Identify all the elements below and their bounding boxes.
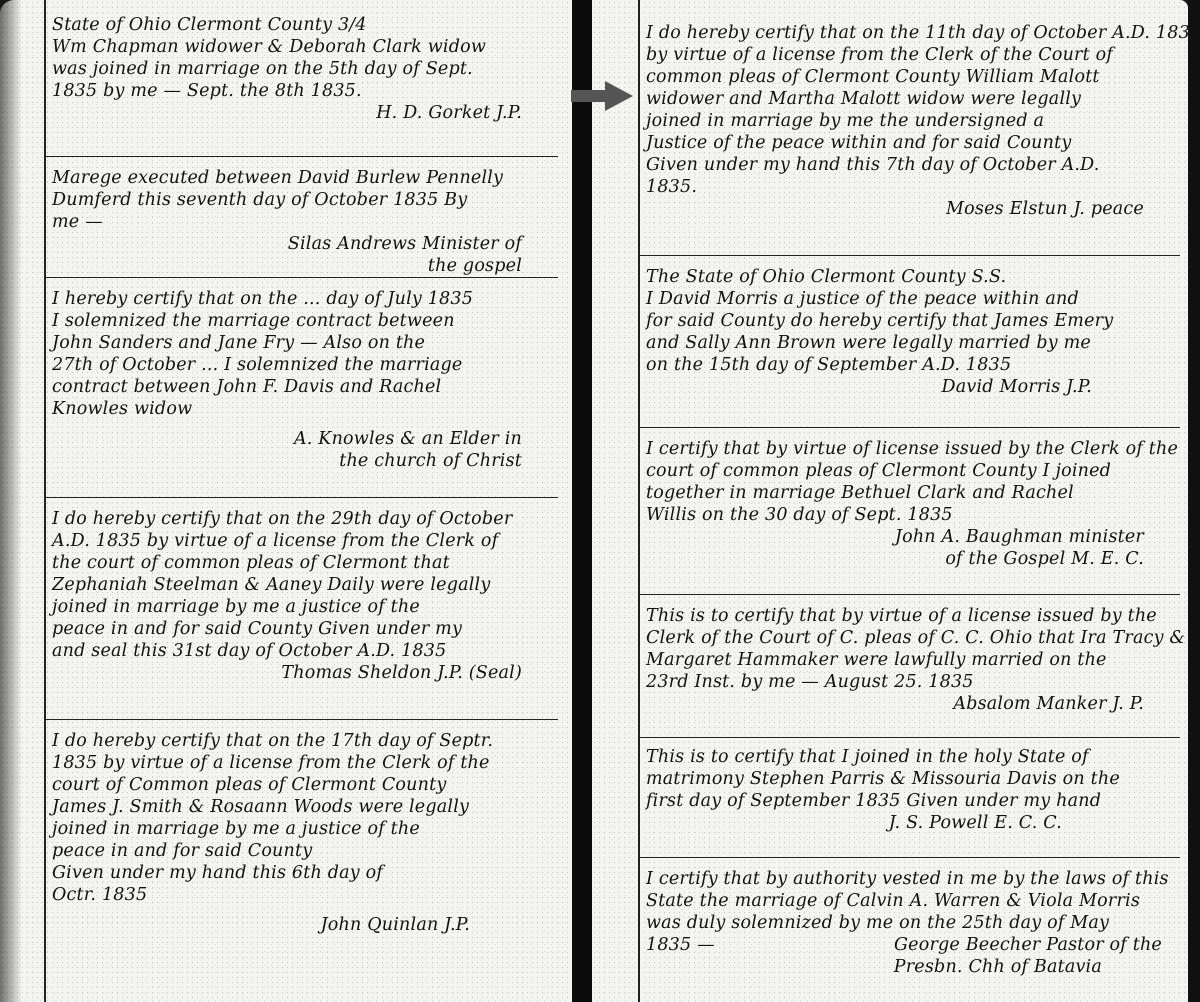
register-entry: State of Ohio Clermont County 3/4 Wm Cha… (44, 0, 558, 157)
entry-line: Justice of the peace within and for said… (646, 132, 1172, 154)
entry-line: I do hereby certify that on the 11th day… (646, 22, 1172, 44)
entry-line: contract between John F. Davis and Rache… (52, 376, 550, 398)
entry-line: me — (52, 211, 550, 233)
entry-line: joined in marriage by me a justice of th… (52, 818, 550, 840)
officiant-signature: of the Gospel M. E. C. (646, 548, 1172, 570)
entry-line: and Sally Ann Brown were legally married… (646, 332, 1172, 354)
register-entry: This is to certify that I joined in the … (638, 738, 1180, 858)
officiant-signature: Silas Andrews Minister of (52, 233, 550, 255)
entry-line: was joined in marriage on the 5th day of… (52, 58, 550, 80)
entry-line: Margaret Hammaker were lawfully married … (646, 649, 1172, 671)
entry-line: and seal this 31st day of October A.D. 1… (52, 640, 550, 662)
page-edge (1188, 0, 1200, 1002)
entry-line: for said County do hereby certify that J… (646, 310, 1172, 332)
entry-line: State of Ohio Clermont County 3/4 (52, 14, 550, 36)
entry-line: 1835. (646, 176, 1172, 198)
entry-line: Marege executed between David Burlew Pen… (52, 167, 550, 189)
entry-line: 27th of October ... I solemnized the mar… (52, 354, 550, 376)
book-spine (572, 0, 592, 1002)
entry-line: John Sanders and Jane Fry — Also on the (52, 332, 550, 354)
officiant-signature: Thomas Sheldon J.P. (Seal) (52, 662, 550, 684)
register-entry: I certify that by authority vested in me… (638, 858, 1180, 1002)
register-entry: I hereby certify that on the ... day of … (44, 278, 558, 498)
register-entry: I certify that by virtue of license issu… (638, 428, 1180, 595)
officiant-signature: Absalom Manker J. P. (646, 693, 1172, 715)
register-entry: I do hereby certify that on the 17th day… (44, 720, 558, 1002)
entry-line: 23rd Inst. by me — August 25. 1835 (646, 671, 1172, 693)
entry-line: This is to certify that by virtue of a l… (646, 605, 1172, 627)
register-entry: Marege executed between David Burlew Pen… (44, 157, 558, 278)
entry-line: Knowles widow (52, 398, 550, 420)
officiant-signature: A. Knowles & an Elder in (52, 428, 550, 450)
entry-line: Willis on the 30 day of Sept. 1835 (646, 504, 1172, 526)
entry-line: by virtue of a license from the Clerk of… (646, 44, 1172, 66)
entry-line: I do hereby certify that on the 17th day… (52, 730, 550, 752)
register-entry: This is to certify that by virtue of a l… (638, 595, 1180, 738)
officiant-signature: J. S. Powell E. C. C. (646, 812, 1172, 834)
entry-line: joined in marriage by me a justice of th… (52, 596, 550, 618)
register-entry: I do hereby certify that on the 29th day… (44, 498, 558, 720)
entry-line: common pleas of Clermont County William … (646, 66, 1172, 88)
entry-line: State the marriage of Calvin A. Warren &… (646, 890, 1172, 912)
entry-line: was duly solemnized by me on the 25th da… (646, 912, 1172, 934)
officiant-signature: Moses Elstun J. peace (646, 198, 1172, 220)
entry-line: 1835 by virtue of a license from the Cle… (52, 752, 550, 774)
register-entry: The State of Ohio Clermont County S.S. I… (638, 256, 1180, 428)
entry-line: on the 15th day of September A.D. 1835 (646, 354, 1172, 376)
entry-line: The State of Ohio Clermont County S.S. (646, 266, 1172, 288)
officiant-signature: George Beecher Pastor of the (646, 934, 1172, 956)
entry-line: court of common pleas of Clermont County… (646, 460, 1172, 482)
entry-line: Clerk of the Court of C. pleas of C. C. … (646, 627, 1172, 649)
page-edge-shadow (0, 0, 22, 1002)
entry-line: peace in and for said County (52, 840, 550, 862)
entry-line: Zephaniah Steelman & Aaney Daily were le… (52, 574, 550, 596)
officiant-signature: the church of Christ (52, 450, 550, 472)
entry-line: I certify that by virtue of license issu… (646, 438, 1172, 460)
entry-line: Given under my hand this 7th day of Octo… (646, 154, 1172, 176)
left-register-page: State of Ohio Clermont County 3/4 Wm Cha… (0, 0, 572, 1002)
entry-line: A.D. 1835 by virtue of a license from th… (52, 530, 550, 552)
officiant-signature: H. D. Gorket J.P. (52, 102, 550, 124)
entry-line: widower and Martha Malott widow were leg… (646, 88, 1172, 110)
entry-line: Given under my hand this 6th day of (52, 862, 550, 884)
officiant-signature: David Morris J.P. (646, 376, 1172, 398)
entry-line: I certify that by authority vested in me… (646, 868, 1172, 890)
right-register-page: I do hereby certify that on the 11th day… (592, 0, 1188, 1002)
entry-line: first day of September 1835 Given under … (646, 790, 1172, 812)
entry-line: James J. Smith & Rosaann Woods were lega… (52, 796, 550, 818)
entry-line: I hereby certify that on the ... day of … (52, 288, 550, 310)
entry-line: 1835 by me — Sept. the 8th 1835. (52, 80, 550, 102)
entry-line: Octr. 1835 (52, 884, 550, 906)
entry-line: I solemnized the marriage contract betwe… (52, 310, 550, 332)
right-arrow-icon (571, 81, 633, 111)
officiant-signature: John A. Baughman minister (646, 526, 1172, 548)
officiant-signature: the gospel (52, 255, 550, 277)
entry-line: court of Common pleas of Clermont County (52, 774, 550, 796)
officiant-signature: Presbn. Chh of Batavia (646, 956, 1172, 978)
entry-line: together in marriage Bethuel Clark and R… (646, 482, 1172, 504)
entry-line: Wm Chapman widower & Deborah Clark widow (52, 36, 550, 58)
entry-line: peace in and for said County Given under… (52, 618, 550, 640)
entry-line: I do hereby certify that on the 29th day… (52, 508, 550, 530)
officiant-signature: John Quinlan J.P. (52, 914, 550, 936)
entry-line: the court of common pleas of Clermont th… (52, 552, 550, 574)
entry-line: I David Morris a justice of the peace wi… (646, 288, 1172, 310)
entry-line: matrimony Stephen Parris & Missouria Dav… (646, 768, 1172, 790)
register-entry: I do hereby certify that on the 11th day… (638, 0, 1180, 256)
entry-line: Dumferd this seventh day of October 1835… (52, 189, 550, 211)
entry-line: joined in marriage by me the undersigned… (646, 110, 1172, 132)
entry-line: This is to certify that I joined in the … (646, 746, 1172, 768)
